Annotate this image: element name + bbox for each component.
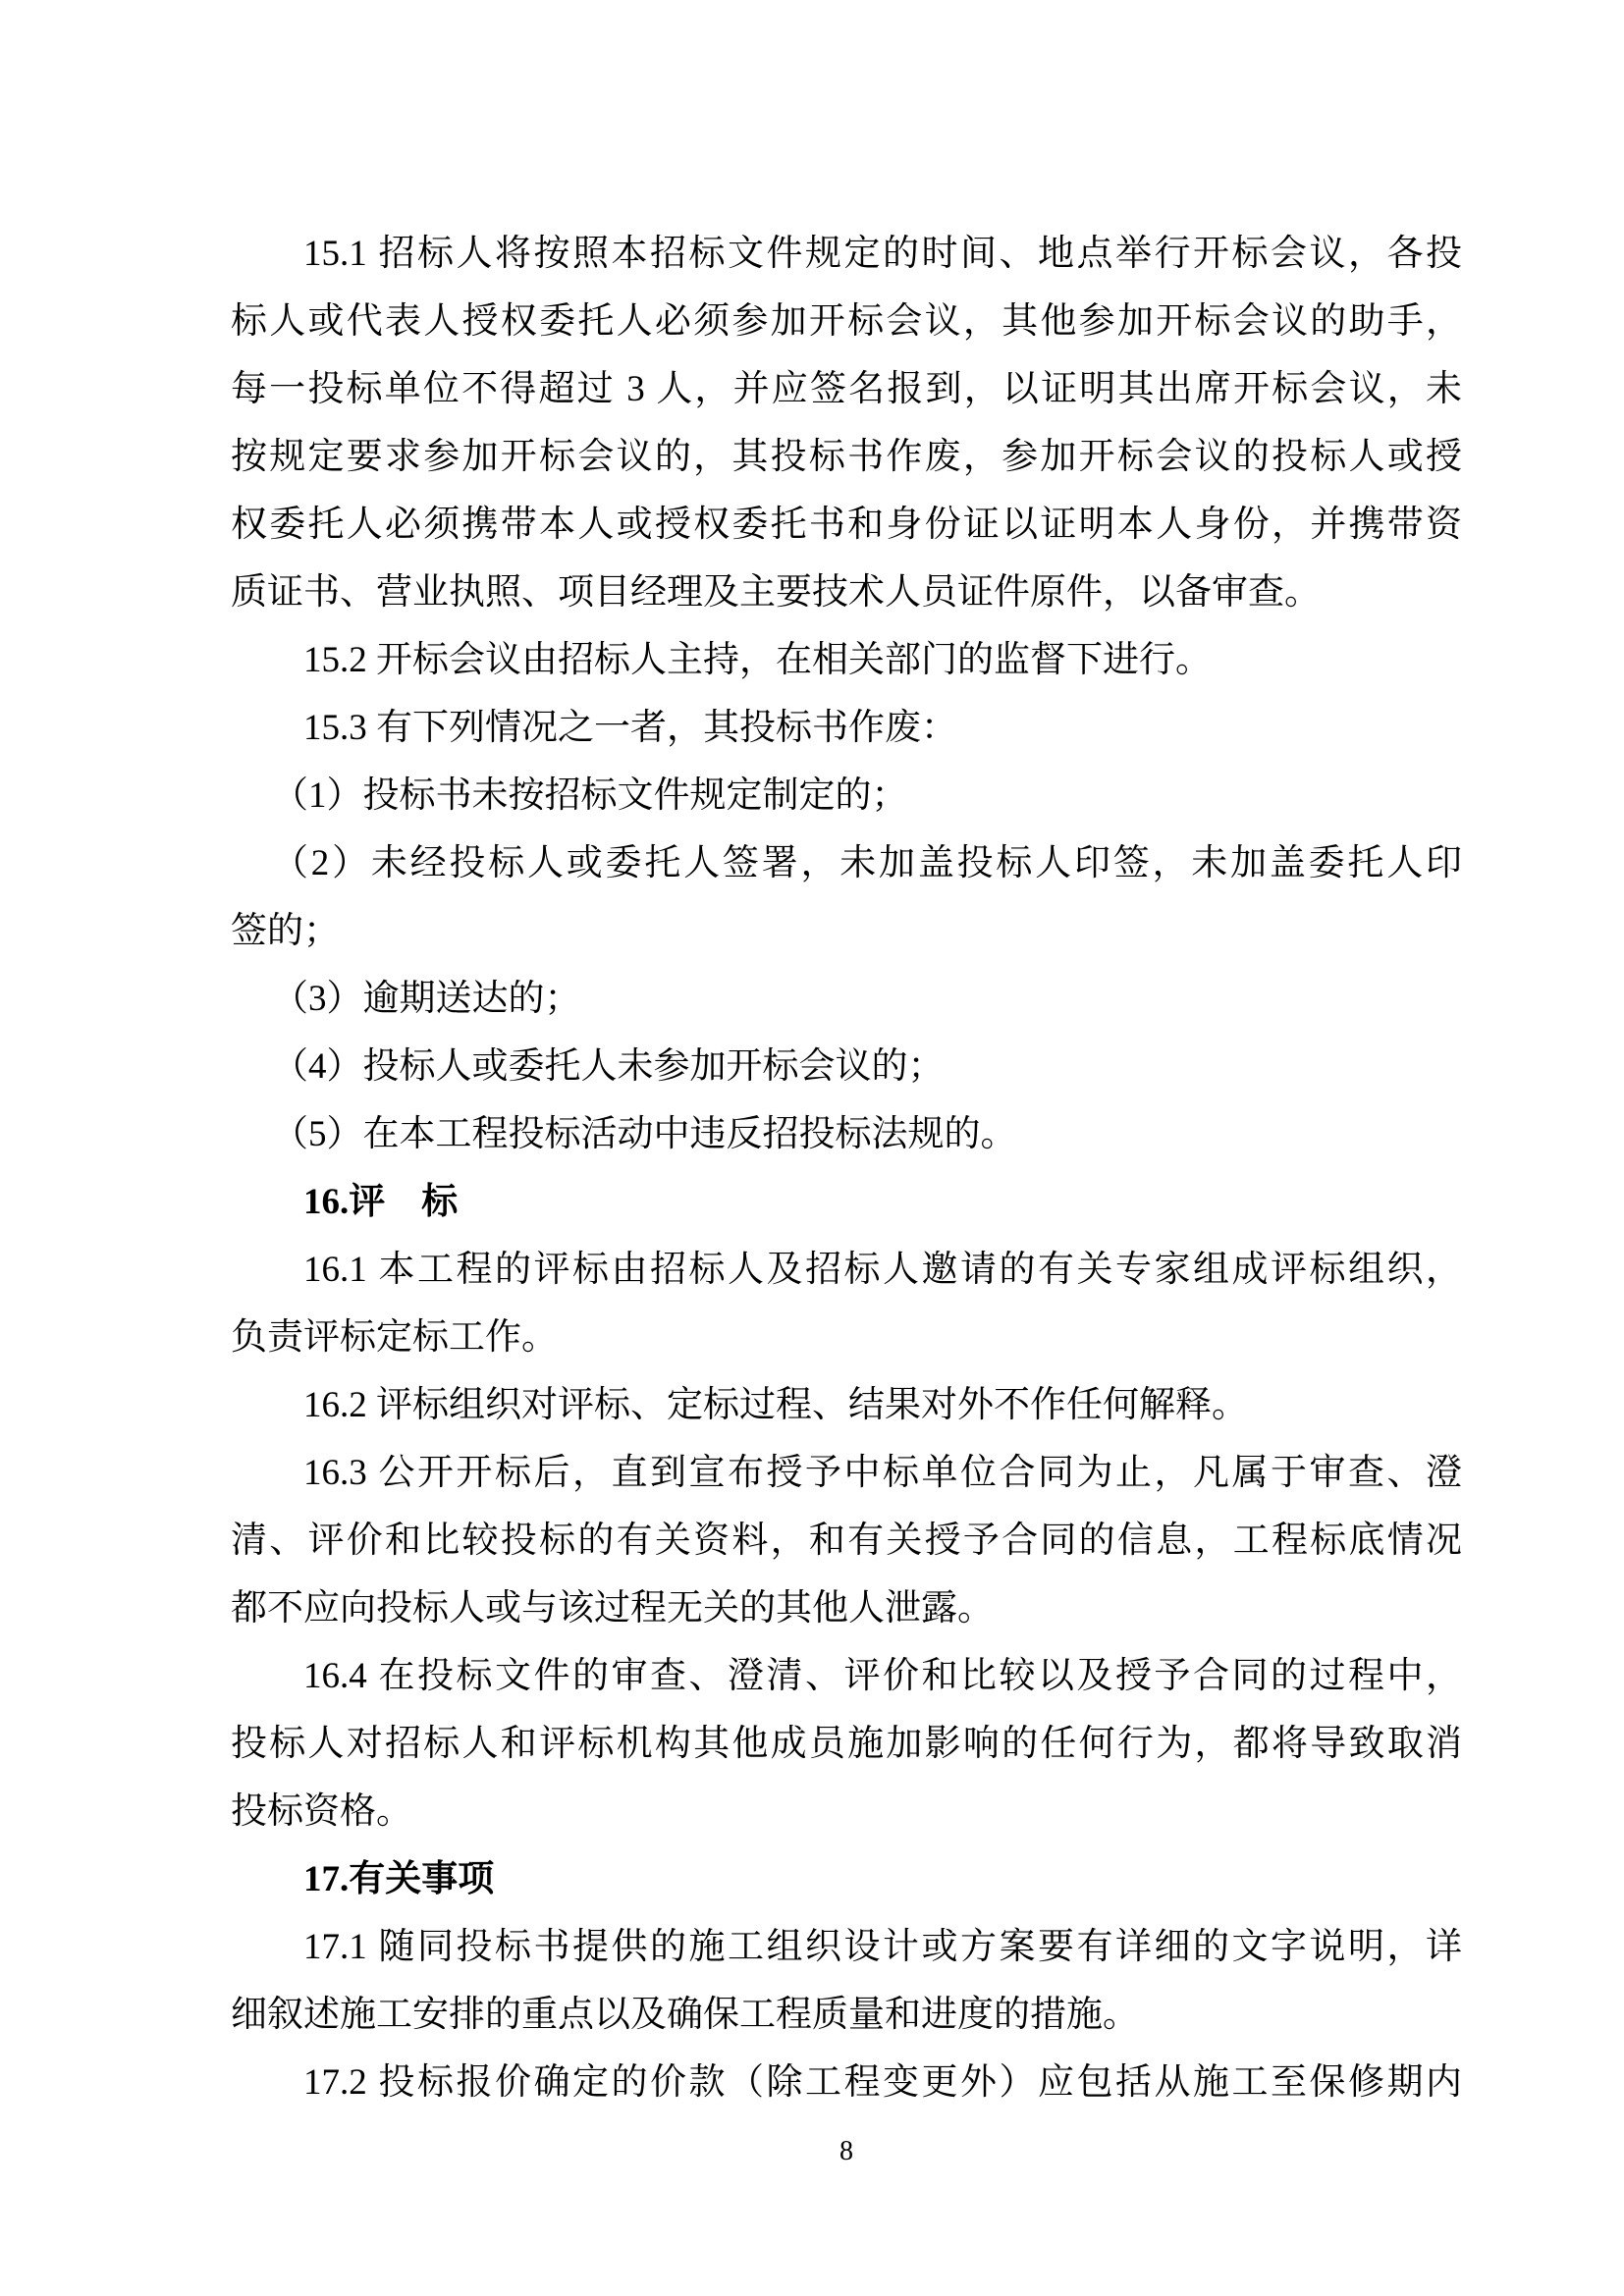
text-line: （4）投标人或委托人未参加开标会议的；: [231, 1033, 1462, 1100]
text-line: （2）未经投标人或委托人签署，未加盖投标人印签，未加盖委托人印: [231, 829, 1462, 897]
text-line: 按规定要求参加开标会议的，其投标书作废，参加开标会议的投标人或授: [231, 423, 1462, 491]
text-line: 16.4 在投标文件的审查、澄清、评价和比较以及授予合同的过程中，: [231, 1642, 1462, 1710]
text-line: 17.2 投标报价确定的价款（除工程变更外）应包括从施工至保修期内: [231, 2049, 1462, 2116]
document-page: 15.1 招标人将按照本招标文件规定的时间、地点举行开标会议，各投标人或代表人授…: [0, 0, 1624, 2296]
text-line: 16.2 评标组织对评标、定标过程、结果对外不作任何解释。: [231, 1371, 1462, 1439]
text-line: 负责评标定标工作。: [231, 1304, 1462, 1371]
text-line: 投标人对招标人和评标机构其他成员施加影响的任何行为，都将导致取消: [231, 1710, 1462, 1778]
text-line: 签的；: [231, 897, 1462, 965]
text-line: 投标资格。: [231, 1778, 1462, 1845]
text-line: 都不应向投标人或与该过程无关的其他人泄露。: [231, 1575, 1462, 1642]
text-line: 15.2 开标会议由招标人主持，在相关部门的监督下进行。: [231, 626, 1462, 694]
text-line: 细叙述施工安排的重点以及确保工程质量和进度的措施。: [231, 1981, 1462, 2049]
text-line: 16.3 公开开标后，直到宣布授予中标单位合同为止，凡属于审查、澄: [231, 1439, 1462, 1507]
text-line: （5）在本工程投标活动中违反招投标法规的。: [231, 1100, 1462, 1168]
text-line: （3）逾期送达的；: [231, 965, 1462, 1033]
document-body: 15.1 招标人将按照本招标文件规定的时间、地点举行开标会议，各投标人或代表人授…: [231, 220, 1462, 2116]
text-line: 15.3 有下列情况之一者，其投标书作废：: [231, 694, 1462, 762]
text-line: 15.1 招标人将按照本招标文件规定的时间、地点举行开标会议，各投: [231, 220, 1462, 288]
section-heading: 16.评 标: [231, 1168, 1462, 1236]
text-line: 17.1 随同投标书提供的施工组织设计或方案要有详细的文字说明，详: [231, 1913, 1462, 1981]
text-line: 质证书、营业执照、项目经理及主要技术人员证件原件，以备审查。: [231, 559, 1462, 626]
text-line: 16.1 本工程的评标由招标人及招标人邀请的有关专家组成评标组织，: [231, 1236, 1462, 1304]
section-heading: 17.有关事项: [231, 1845, 1462, 1913]
text-line: 清、评价和比较投标的有关资料，和有关授予合同的信息，工程标底情况: [231, 1507, 1462, 1575]
text-line: （1）投标书未按招标文件规定制定的；: [231, 762, 1462, 829]
text-line: 每一投标单位不得超过 3 人，并应签名报到，以证明其出席开标会议，未: [231, 355, 1462, 423]
text-line: 权委托人必须携带本人或授权委托书和身份证以证明本人身份，并携带资: [231, 491, 1462, 559]
text-line: 标人或代表人授权委托人必须参加开标会议，其他参加开标会议的助手，: [231, 288, 1462, 355]
page-number: 8: [231, 2132, 1462, 2171]
